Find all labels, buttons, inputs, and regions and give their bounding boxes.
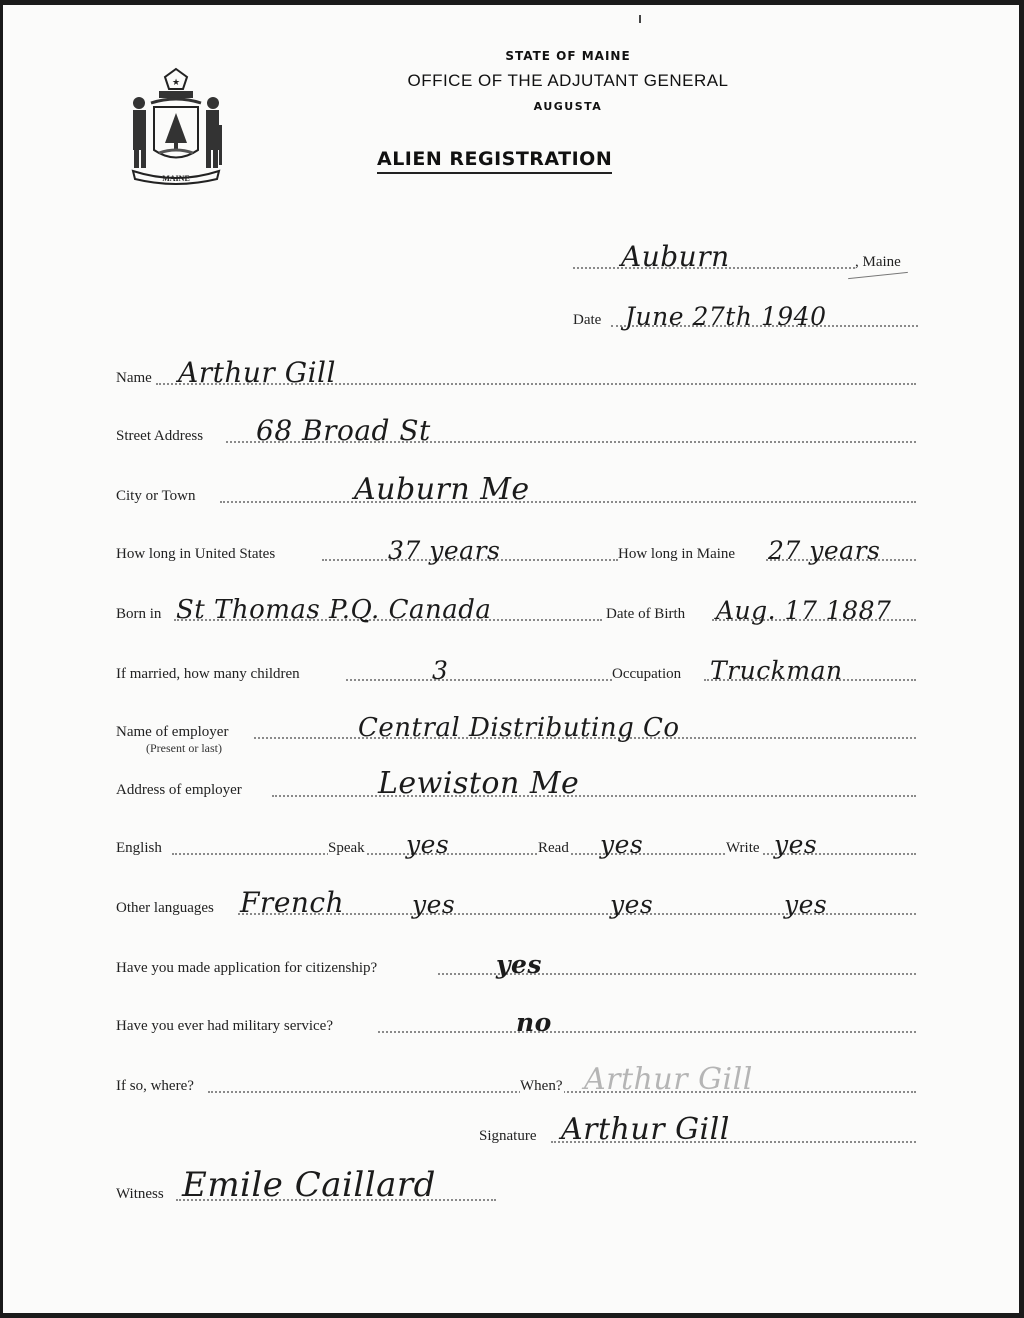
- place-field[interactable]: Auburn , Maine: [573, 245, 918, 275]
- place-suffix: , Maine: [855, 254, 903, 271]
- city-value: Auburn Me: [354, 472, 530, 507]
- english-write-value[interactable]: yes: [774, 830, 817, 859]
- city-label: City or Town: [116, 488, 198, 505]
- years-maine-label: How long in Maine: [618, 546, 737, 563]
- city-field[interactable]: City or Town Auburn Me: [116, 479, 916, 509]
- svg-text:MAINE: MAINE: [162, 174, 190, 183]
- witness-value: Emile Caillard: [182, 1165, 436, 1205]
- residence-duration-row: How long in United States 37 years How l…: [116, 537, 916, 567]
- date-value: June 27th 1940: [625, 302, 827, 331]
- english-row: English Speak yes Read yes Write yes: [116, 831, 916, 861]
- witness-field[interactable]: Witness Emile Caillard: [116, 1177, 496, 1207]
- occupation-value[interactable]: Truckman: [710, 656, 843, 685]
- name-value: Arthur Gill: [178, 356, 336, 389]
- english-read-label: Read: [538, 840, 571, 857]
- scan-mark: [639, 15, 641, 23]
- where-when-row: If so, where? When? Arthur Gill: [116, 1069, 916, 1099]
- employer-sublabel: (Present or last): [146, 741, 222, 756]
- children-value[interactable]: 3: [432, 656, 448, 685]
- english-read-value[interactable]: yes: [600, 830, 643, 859]
- military-label: Have you ever had military service?: [116, 1018, 335, 1035]
- header-office: OFFICE OF THE ADJUTANT GENERAL: [303, 71, 833, 91]
- citizenship-label: Have you made application for citizenshi…: [116, 960, 379, 977]
- street-address-value: 68 Broad St: [256, 414, 431, 447]
- form-title: ALIEN REGISTRATION: [377, 148, 612, 174]
- other-read-value[interactable]: yes: [610, 890, 653, 919]
- citizenship-value: yes: [496, 950, 542, 979]
- children-label: If married, how many children: [116, 666, 302, 683]
- name-field[interactable]: Name Arthur Gill: [116, 361, 916, 391]
- dob-value[interactable]: Aug. 17 1887: [716, 596, 891, 625]
- header-city: AUGUSTA: [303, 100, 833, 113]
- date-field[interactable]: Date June 27th 1940: [573, 303, 918, 333]
- employer-name-label: Name of employer: [116, 724, 230, 741]
- english-speak-value[interactable]: yes: [406, 830, 449, 859]
- signature-value: Arthur Gill: [561, 1112, 730, 1147]
- years-maine-value[interactable]: 27 years: [768, 536, 880, 565]
- registration-form-page: ★ MAINE STATE OF MAINE OFFICE OF THE ADJ…: [3, 5, 1019, 1313]
- street-address-label: Street Address: [116, 428, 205, 445]
- other-write-value[interactable]: yes: [784, 890, 827, 919]
- years-us-value[interactable]: 37 years: [388, 536, 500, 565]
- when-value[interactable]: Arthur Gill: [584, 1062, 753, 1097]
- other-speak-value[interactable]: yes: [412, 890, 455, 919]
- other-languages-label: Other languages: [116, 900, 216, 917]
- employer-name-field[interactable]: Name of employer Central Distributing Co: [116, 715, 916, 745]
- place-value: Auburn: [621, 240, 730, 273]
- military-value: no: [516, 1008, 552, 1037]
- svg-text:★: ★: [172, 77, 180, 87]
- when-label: When?: [520, 1078, 564, 1095]
- where-label: If so, where?: [116, 1078, 196, 1095]
- citizenship-field[interactable]: Have you made application for citizenshi…: [116, 951, 916, 981]
- years-us-label: How long in United States: [116, 546, 277, 563]
- other-language-value[interactable]: French: [240, 886, 344, 919]
- military-field[interactable]: Have you ever had military service? no: [116, 1009, 916, 1039]
- employer-name-value: Central Distributing Co: [358, 713, 680, 743]
- name-label: Name: [116, 370, 154, 387]
- date-label: Date: [573, 312, 603, 329]
- dob-label: Date of Birth: [606, 606, 687, 623]
- header-state: STATE OF MAINE: [303, 49, 833, 63]
- children-occupation-row: If married, how many children 3 Occupati…: [116, 657, 916, 687]
- signature-field[interactable]: Signature Arthur Gill: [479, 1119, 916, 1149]
- birth-row: Born in St Thomas P.Q. Canada Date of Bi…: [116, 597, 916, 627]
- born-in-value[interactable]: St Thomas P.Q. Canada: [176, 595, 491, 625]
- street-address-field[interactable]: Street Address 68 Broad St: [116, 419, 916, 449]
- signature-label: Signature: [479, 1128, 539, 1145]
- witness-label: Witness: [116, 1186, 166, 1203]
- employer-address-value: Lewiston Me: [378, 766, 579, 801]
- english-write-label: Write: [726, 840, 762, 857]
- english-label: English: [116, 840, 164, 857]
- employer-address-field[interactable]: Address of employer Lewiston Me: [116, 773, 916, 803]
- employer-address-label: Address of employer: [116, 782, 244, 799]
- maine-state-seal-icon: ★ MAINE: [121, 65, 231, 185]
- born-in-label: Born in: [116, 606, 163, 623]
- occupation-label: Occupation: [612, 666, 683, 683]
- english-speak-label: Speak: [328, 840, 367, 857]
- other-languages-row: Other languages French yes yes yes: [116, 891, 916, 921]
